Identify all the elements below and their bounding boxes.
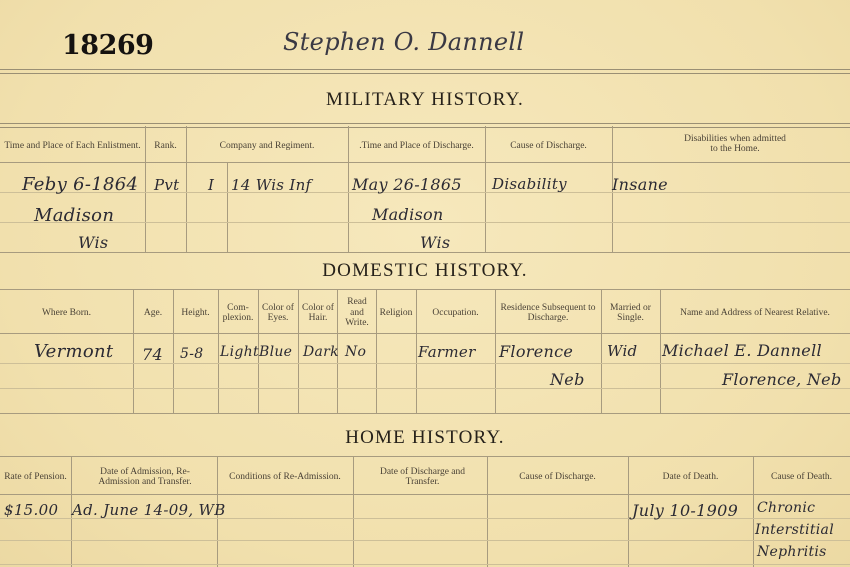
married-value: Wid	[607, 342, 637, 360]
header-company-regiment: Company and Regiment.	[186, 130, 348, 162]
header-enlistment: Time and Place of Each Enlistment.	[0, 130, 145, 162]
grid-line	[0, 494, 850, 495]
header-home-discharge-cause: Cause of Discharge.	[487, 460, 628, 494]
grid-line	[0, 333, 850, 334]
header-death-cause: Cause of Death.	[753, 460, 850, 494]
discharge-date: May 26-1865	[352, 175, 462, 194]
header-age: Age.	[133, 294, 173, 332]
relative-address: Florence, Neb	[722, 370, 842, 389]
divider	[0, 69, 850, 74]
header-occupation: Occupation.	[416, 294, 495, 332]
complexion-value: Light	[220, 344, 259, 360]
death-cause-line2: Interstitial	[755, 522, 834, 538]
veteran-name: Stephen O. Dannell	[283, 28, 524, 56]
header-disabilities: Disabilities when admitted to the Home.	[680, 128, 790, 160]
discharge-place: Madison	[372, 205, 444, 224]
header-hair: Color of Hair.	[302, 294, 334, 332]
age-value: 74	[142, 345, 163, 364]
born-value: Vermont	[34, 341, 113, 362]
header-pension: Rate of Pension.	[0, 460, 71, 494]
grid-line	[0, 456, 850, 457]
grid-line	[0, 413, 850, 414]
grid-line	[0, 540, 850, 541]
discharge-state: Wis	[420, 233, 450, 252]
header-death-date: Date of Death.	[628, 460, 753, 494]
header-conditions: Conditions of Re-Admission.	[217, 460, 353, 494]
header-born: Where Born.	[0, 294, 133, 332]
header-religion: Religion	[376, 294, 416, 332]
header-complexion: Com-plexion.	[220, 294, 256, 332]
grid-line	[353, 457, 354, 567]
header-discharge-time-place: .Time and Place of Discharge.	[348, 130, 485, 162]
death-cause-line3: Nephritis	[757, 544, 827, 560]
pension-value: $15.00	[4, 501, 58, 519]
hair-value: Dark	[303, 344, 339, 360]
header-residence: Residence Subsequent to Discharge.	[497, 294, 599, 332]
death-date-value: July 10-1909	[632, 501, 738, 520]
grid-line	[227, 162, 228, 252]
header-relative: Name and Address of Nearest Relative.	[660, 294, 850, 332]
record-number: 18269	[62, 30, 153, 61]
section-title-military: MILITARY HISTORY.	[0, 89, 850, 111]
company-value: I	[208, 176, 214, 194]
header-eyes: Color of Eyes.	[262, 294, 294, 332]
read-write-value: No	[345, 344, 366, 360]
grid-line	[0, 289, 850, 290]
header-rank: Rank.	[145, 130, 186, 162]
disabilities-value: Insane	[612, 175, 668, 194]
height-value: 5-8	[180, 346, 203, 362]
header-married: Married or Single.	[603, 294, 658, 332]
section-title-home: HOME HISTORY.	[0, 427, 850, 449]
regiment-value: 14 Wis Inf	[231, 176, 311, 194]
header-discharge-date: Date of Discharge and Transfer.	[375, 460, 470, 494]
eyes-value: Blue	[259, 344, 292, 360]
enlistment-place: Madison	[34, 205, 114, 226]
header-admission: Date of Admission, Re-Admission and Tran…	[80, 460, 210, 494]
rank-value: Pvt	[154, 176, 180, 194]
occupation-value: Farmer	[418, 343, 476, 361]
header-height: Height.	[173, 294, 218, 332]
grid-line	[495, 290, 496, 413]
grid-line	[601, 290, 602, 413]
header-discharge-cause: Cause of Discharge.	[485, 130, 612, 162]
grid-line	[0, 363, 850, 364]
section-title-domestic: DOMESTIC HISTORY.	[0, 260, 850, 282]
relative-name: Michael E. Dannell	[662, 341, 822, 360]
grid-line	[0, 252, 850, 253]
grid-line	[0, 564, 850, 565]
header-read-write: Read and Write.	[340, 294, 374, 332]
grid-line	[298, 290, 299, 413]
residence-city: Florence	[499, 342, 573, 361]
grid-line	[0, 162, 850, 163]
death-cause-line1: Chronic	[757, 500, 815, 516]
grid-line	[218, 290, 219, 413]
enlistment-state: Wis	[78, 233, 108, 252]
residence-state: Neb	[550, 370, 585, 389]
discharge-cause-value: Disability	[492, 175, 567, 193]
enlistment-date: Feby 6-1864	[22, 174, 138, 195]
admission-value: Ad. June 14-09, WB	[72, 501, 226, 519]
